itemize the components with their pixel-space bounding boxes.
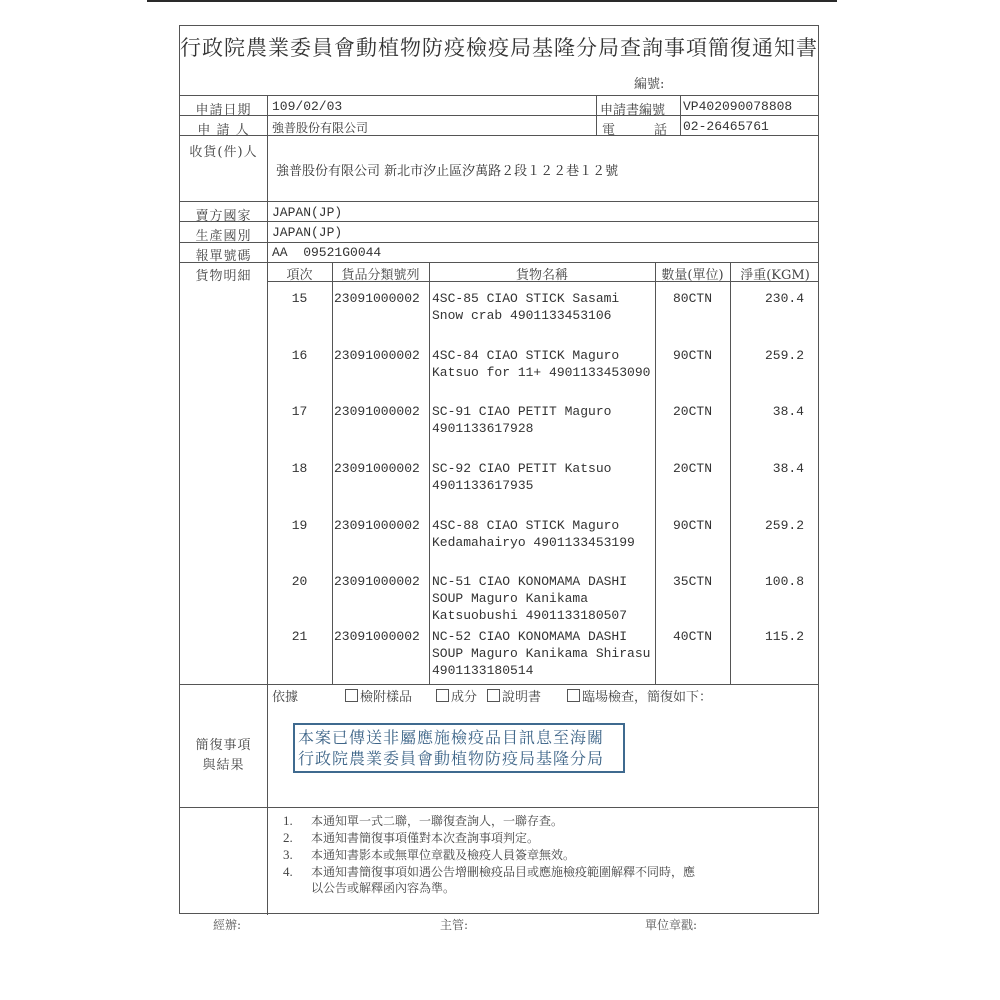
basis-option[interactable]: 成分 xyxy=(436,690,477,705)
divider xyxy=(180,201,818,202)
table-row-qty: 20CTN xyxy=(655,460,730,477)
table-row-item: 19 xyxy=(267,517,332,534)
column-header: 淨重(KGM) xyxy=(730,264,820,283)
checkbox-icon[interactable] xyxy=(345,689,358,702)
table-row-code: 23091000002 xyxy=(334,517,420,534)
table-row-name: 4SC-85 CIAO STICK Sasami Snow crab 49011… xyxy=(432,290,619,324)
basis-option[interactable]: 說明書 xyxy=(487,690,541,705)
divider xyxy=(180,242,818,243)
column-header: 貨物名稱 xyxy=(429,264,655,283)
basis-option-label: 檢附樣品 xyxy=(360,690,412,705)
supervisor-label: 主管: xyxy=(440,916,468,933)
table-row-code: 23091000002 xyxy=(334,290,420,307)
consignee-value: 強普股份有限公司 新北市汐止區汐萬路２段１２２巷１２號 xyxy=(276,160,618,179)
checkbox-icon[interactable] xyxy=(567,689,580,702)
table-row-qty: 90CTN xyxy=(655,517,730,534)
applicant-value: 強普股份有限公司 xyxy=(272,119,368,136)
column-header: 貨品分類號列 xyxy=(332,264,429,283)
stamp-line2: 行政院農業委員會動植物防疫局基隆分局 xyxy=(298,748,620,769)
divider xyxy=(180,115,818,116)
unit-seal-label: 單位章戳: xyxy=(645,916,697,933)
table-row-weight: 115.2 xyxy=(730,628,804,645)
scan-edge xyxy=(147,0,837,2)
apply-date-value: 109/02/03 xyxy=(272,99,342,114)
divider xyxy=(180,684,818,685)
table-row-name: 4SC-88 CIAO STICK Maguro Kedamahairyo 49… xyxy=(432,517,635,551)
table-row-weight: 100.8 xyxy=(730,573,804,590)
table-row-item: 16 xyxy=(267,347,332,364)
table-row-qty: 40CTN xyxy=(655,628,730,645)
column-header: 數量(單位) xyxy=(655,264,730,283)
table-row-item: 18 xyxy=(267,460,332,477)
origin-country-value: JAPAN(JP) xyxy=(272,225,342,240)
divider xyxy=(180,95,818,96)
note-item: 以公告或解釋函內容為準。 xyxy=(311,880,455,897)
form-title: 行政院農業委員會動植物防疫檢疫局基隆分局查詢事項簡復通知書 xyxy=(180,32,818,62)
table-row-item: 17 xyxy=(267,403,332,420)
table-row-item: 15 xyxy=(267,290,332,307)
table-row-code: 23091000002 xyxy=(334,460,420,477)
note-text: 本通知單一式二聯，一聯復查詢人，一聯存查。 xyxy=(311,814,563,828)
column-divider xyxy=(332,262,333,684)
table-row-weight: 38.4 xyxy=(730,403,804,420)
table-row-qty: 35CTN xyxy=(655,573,730,590)
table-row-item: 21 xyxy=(267,628,332,645)
checkbox-icon[interactable] xyxy=(436,689,449,702)
basis-checkboxes: 檢附樣品成分說明書臨場檢查，簡復如下： xyxy=(345,686,712,705)
note-number: 2. xyxy=(283,829,311,846)
phone-value: 02-26465761 xyxy=(683,119,769,134)
doc-number-label: 編號: xyxy=(634,73,664,92)
result-label: 簡復事項 與結果 xyxy=(180,736,267,776)
table-row-code: 23091000002 xyxy=(334,347,420,364)
note-item: 2.本通知書簡復事項僅對本次查詢事項判定。 xyxy=(283,829,539,847)
handler-label: 經辦: xyxy=(213,916,241,933)
notice-form: 行政院農業委員會動植物防疫檢疫局基隆分局查詢事項簡復通知書 編號: 申請日期 1… xyxy=(179,25,819,914)
application-no-value: VP402090078808 xyxy=(683,99,792,114)
note-number: 4. xyxy=(283,863,311,880)
note-text: 本通知書影本或無單位章戳及檢疫人員簽章無效。 xyxy=(311,848,575,862)
basis-label: 依據 xyxy=(272,686,298,705)
table-row-weight: 259.2 xyxy=(730,517,804,534)
table-row-qty: 90CTN xyxy=(655,347,730,364)
result-label-line1: 簡復事項 xyxy=(180,736,267,756)
table-row-name: SC-91 CIAO PETIT Maguro 4901133617928 xyxy=(432,403,611,437)
note-item: 3.本通知書影本或無單位章戳及檢疫人員簽章無效。 xyxy=(283,846,575,864)
table-row-qty: 80CTN xyxy=(655,290,730,307)
table-row-qty: 20CTN xyxy=(655,403,730,420)
note-item: 1.本通知單一式二聯，一聯復查詢人，一聯存查。 xyxy=(283,812,563,830)
result-label-line2: 與結果 xyxy=(180,756,267,776)
divider xyxy=(180,807,818,808)
basis-option[interactable]: 檢附樣品 xyxy=(345,690,412,705)
table-row-code: 23091000002 xyxy=(334,628,420,645)
basis-option-label: 臨場檢查，簡復如下： xyxy=(582,690,712,705)
label-column-divider xyxy=(267,95,268,915)
goods-label: 貨物明細 xyxy=(180,265,267,284)
seller-country-value: JAPAN(JP) xyxy=(272,205,342,220)
table-row-weight: 38.4 xyxy=(730,460,804,477)
table-row-weight: 259.2 xyxy=(730,347,804,364)
basis-option-label: 說明書 xyxy=(502,690,541,705)
divider xyxy=(180,135,818,136)
note-number: 3. xyxy=(283,846,311,863)
table-row-name: SC-92 CIAO PETIT Katsuo 4901133617935 xyxy=(432,460,611,494)
table-row-item: 20 xyxy=(267,573,332,590)
divider xyxy=(180,221,818,222)
consignee-label: 收貨(件)人 xyxy=(180,141,267,160)
basis-option-label: 成分 xyxy=(451,690,477,705)
customs-stamp: 本案已傳送非屬應施檢疫品目訊息至海關 行政院農業委員會動植物防疫局基隆分局 xyxy=(293,723,625,773)
table-row-name: NC-51 CIAO KONOMAMA DASHI SOUP Maguro Ka… xyxy=(432,573,627,624)
table-row-code: 23091000002 xyxy=(334,573,420,590)
basis-option[interactable]: 臨場檢查，簡復如下： xyxy=(567,690,712,705)
note-number: 1. xyxy=(283,812,311,829)
stamp-line1: 本案已傳送非屬應施檢疫品目訊息至海關 xyxy=(298,727,620,748)
column-header: 項次 xyxy=(267,264,332,283)
table-row-name: 4SC-84 CIAO STICK Maguro Katsuo for 11+ … xyxy=(432,347,650,381)
table-row-weight: 230.4 xyxy=(730,290,804,307)
note-text: 本通知書簡復事項如遇公告增刪檢疫品目或應施檢疫範圍解釋不同時，應 xyxy=(311,865,695,879)
note-text: 以公告或解釋函內容為準。 xyxy=(311,881,455,895)
table-row-name: NC-52 CIAO KONOMAMA DASHI SOUP Maguro Ka… xyxy=(432,628,650,679)
declaration-no-value: AA 09521G0044 xyxy=(272,245,381,260)
column-divider xyxy=(429,262,430,684)
note-item: 4.本通知書簡復事項如遇公告增刪檢疫品目或應施檢疫範圍解釋不同時，應 xyxy=(283,863,695,881)
table-row-code: 23091000002 xyxy=(334,403,420,420)
checkbox-icon[interactable] xyxy=(487,689,500,702)
divider xyxy=(180,262,818,263)
note-text: 本通知書簡復事項僅對本次查詢事項判定。 xyxy=(311,831,539,845)
